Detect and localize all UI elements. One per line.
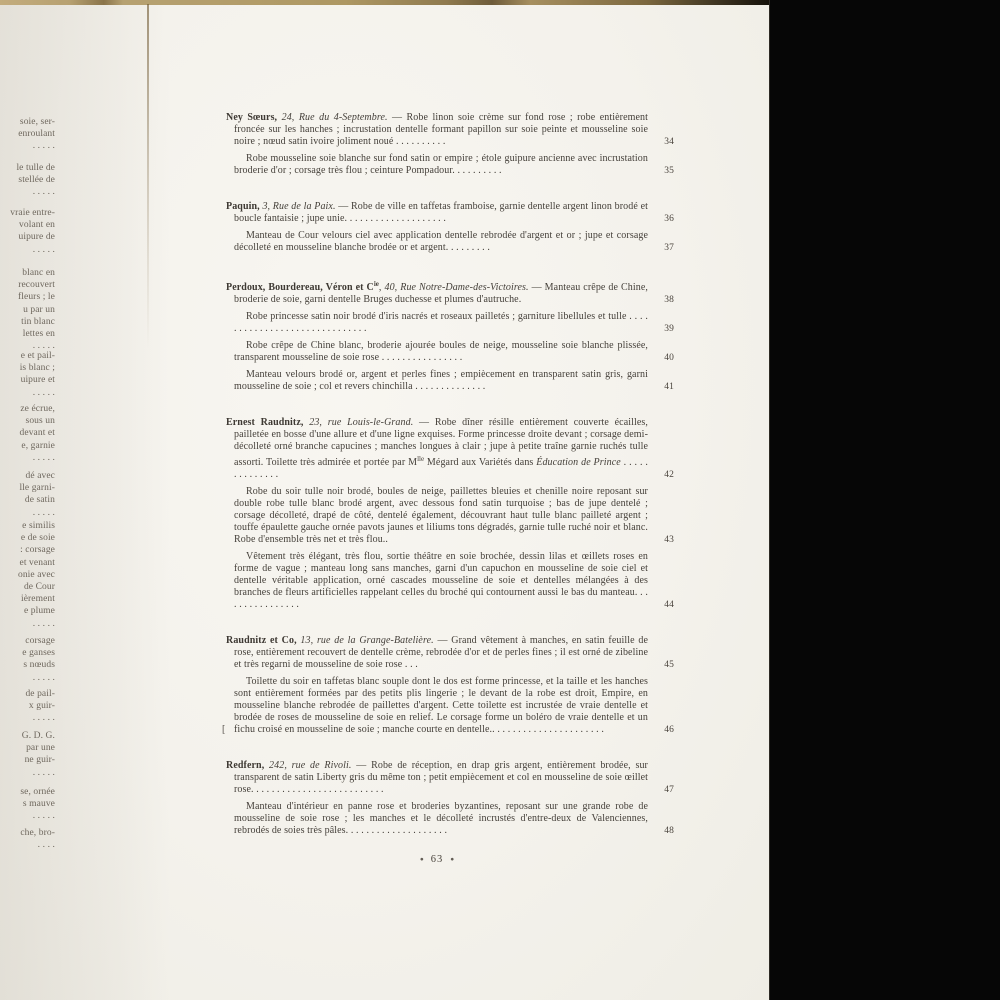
margin-fragment-line: blanc en	[0, 267, 55, 279]
entry-page-number: 46	[664, 724, 674, 736]
text-segment: 40, Rue Notre-Dame-des-Victoires.	[384, 282, 528, 293]
entry-page-number: 36	[664, 213, 674, 225]
scanner-background	[769, 0, 1000, 1000]
margin-fragment-line: dé avec	[0, 470, 55, 482]
entry-paragraph: Toilette du soir en taffetas blanc soupl…	[234, 676, 648, 736]
margin-fragment-group: blanc enrecouvertfleurs ; leu par untin …	[0, 267, 84, 352]
margin-fragment-line: ne guir-	[0, 754, 55, 766]
text-segment: Raudnitz et Co,	[226, 635, 300, 646]
catalog-entry: Redfern, 242, rue de Rivoli. — Robe de r…	[226, 760, 648, 837]
catalog-entries: Ney Sœurs, 24, Rue du 4-Septembre. — Rob…	[226, 112, 648, 837]
margin-fragment-line: e, garnie	[0, 440, 55, 452]
margin-leader-line: . . . . .32	[0, 810, 55, 822]
leader-dots: . . . . .	[33, 187, 55, 197]
margin-fragment-line: e plume	[0, 605, 55, 617]
entry-page-number: 48	[664, 825, 674, 837]
entry-lead-paragraph: Perdoux, Bourdereau, Véron et Cie, 40, R…	[234, 278, 648, 306]
margin-fragment-line: : corsage	[0, 544, 55, 556]
text-segment: Robe princesse satin noir brodé d'iris n…	[234, 311, 648, 334]
entry-page-number: 37	[664, 242, 674, 254]
book-top-edge	[0, 0, 769, 5]
margin-fragment-line: corsage	[0, 635, 55, 647]
text-segment: Redfern,	[226, 760, 269, 771]
margin-fragment-group: e similise de soie: corsageet venantonie…	[0, 520, 84, 630]
margin-leader-line: . . . . .23	[0, 244, 55, 256]
margin-fragment-group: de pail-x guir-. . . . .30	[0, 688, 84, 725]
scanned-page: soie, ser-enroulant. . . . .21le tulle d…	[0, 0, 769, 1000]
margin-fragment-line: le tulle de	[0, 162, 55, 174]
entry-lead-paragraph: Ernest Raudnitz, 23, rue Louis-le-Grand.…	[234, 417, 648, 481]
margin-fragment-line: e et pail-	[0, 350, 55, 362]
margin-leader-line: . . . .33	[0, 839, 55, 851]
margin-fragment-line: et venant	[0, 557, 55, 569]
catalog-entry: Ernest Raudnitz, 23, rue Louis-le-Grand.…	[226, 417, 648, 611]
margin-fragment-group: e et pail-is blanc ;uipure et. . . . .25	[0, 350, 84, 399]
page-footer: ●63●	[226, 854, 648, 865]
margin-fragment-line: che, bro-	[0, 827, 55, 839]
margin-fragment-line: stellée de	[0, 174, 55, 186]
margin-fragment-line: enroulant	[0, 128, 55, 140]
margin-fragment-group: dé aveclle garni-de satin. . . . .27	[0, 470, 84, 519]
margin-fragment-line: lle garni-	[0, 482, 55, 494]
margin-leader-line: . . . . .28	[0, 618, 55, 630]
footer-ornament-icon: ●	[450, 856, 454, 863]
margin-fragment-line: ze écrue,	[0, 403, 55, 415]
margin-fragment-line: vraie entre-	[0, 207, 55, 219]
margin-leader-line: . . . . .25	[0, 387, 55, 399]
leader-dots: . . . . .	[33, 619, 55, 629]
margin-fragment-group: se, ornées mauve. . . . .32	[0, 786, 84, 823]
margin-fragment-group: soie, ser-enroulant. . . . .21	[0, 116, 84, 153]
text-segment: Robe mousseline soie blanche sur fond sa…	[234, 153, 648, 176]
text-segment: Robe crêpe de Chine blanc, broderie ajou…	[234, 340, 648, 363]
text-segment: Perdoux, Bourdereau, Véron et C	[226, 282, 374, 293]
margin-leader-line: . . . . .22	[0, 186, 55, 198]
facing-page-margin: soie, ser-enroulant. . . . .21le tulle d…	[0, 0, 84, 1000]
entry-paragraph: Vêtement très élégant, très flou, sortie…	[234, 551, 648, 611]
margin-leader-line: . . . . .29	[0, 672, 55, 684]
margin-leader-line: . . . . .30	[0, 712, 55, 724]
leader-dots: . . . . .	[33, 713, 55, 723]
entry-paragraph: Robe crêpe de Chine blanc, broderie ajou…	[234, 340, 648, 364]
folio-page-number: 63	[431, 854, 444, 865]
margin-fragment-group: corsagee gansess nœuds. . . . .29	[0, 635, 84, 684]
margin-leader-line: . . . . .27	[0, 507, 55, 519]
margin-fragment-line: soie, ser-	[0, 116, 55, 128]
entry-page-number: 34	[664, 136, 674, 148]
entry-page-number: 42	[664, 469, 674, 481]
margin-fragment-line: de Cour	[0, 581, 55, 593]
entry-paragraph: Robe princesse satin noir brodé d'iris n…	[234, 311, 648, 335]
text-segment: Toilette du soir en taffetas blanc soupl…	[234, 676, 648, 735]
margin-fragment-group: che, bro-. . . .33	[0, 827, 84, 851]
text-segment: 242, rue de Rivoli.	[269, 760, 351, 771]
gutter-crease	[147, 4, 149, 349]
margin-fragment-line: e ganses	[0, 647, 55, 659]
entry-page-number: 43	[664, 534, 674, 546]
entry-page-number: 41	[664, 381, 674, 393]
text-segment: Éducation de Prince	[536, 457, 621, 468]
entry-lead-paragraph: Redfern, 242, rue de Rivoli. — Robe de r…	[234, 760, 648, 796]
text-segment: 24, Rue du 4-Septembre.	[282, 112, 388, 123]
margin-leader-line: . . . . .21	[0, 140, 55, 152]
margin-fragment-line: x guir-	[0, 700, 55, 712]
margin-fragment-line: de pail-	[0, 688, 55, 700]
catalog-entry: Raudnitz et Co, 13, rue de la Grange-Bat…	[226, 635, 648, 736]
margin-fragment-line: lettes en	[0, 328, 55, 340]
entry-lead-paragraph: Ney Sœurs, 24, Rue du 4-Septembre. — Rob…	[234, 112, 648, 148]
margin-fragment-line: recouvert	[0, 279, 55, 291]
entry-paragraph: Manteau velours brodé or, argent et perl…	[234, 369, 648, 393]
entry-page-number: 45	[664, 659, 674, 671]
text-segment: Manteau de Cour velours ciel avec applic…	[234, 230, 648, 253]
margin-fragment-line: uipure et	[0, 374, 55, 386]
entry-lead-paragraph: Raudnitz et Co, 13, rue de la Grange-Bat…	[234, 635, 648, 671]
entry-page-number: 38	[664, 294, 674, 306]
text-segment: Manteau d'intérieur en panne rose et bro…	[234, 801, 648, 836]
leader-dots: . . . . .	[33, 141, 55, 151]
margin-fragment-line: is blanc ;	[0, 362, 55, 374]
catalog-entry: Perdoux, Bourdereau, Véron et Cie, 40, R…	[226, 278, 648, 393]
margin-fragment-line: se, ornée	[0, 786, 55, 798]
margin-fragment-group: le tulle destellée de. . . . .22	[0, 162, 84, 199]
margin-fragment-line: s nœuds	[0, 659, 55, 671]
margin-fragment-line: de satin	[0, 494, 55, 506]
text-segment: Mégard aux Variétés dans	[424, 457, 536, 468]
entry-page-number: 35	[664, 165, 674, 177]
margin-fragment-group: vraie entre-volant enuipure de. . . . .2…	[0, 207, 84, 256]
text-segment: 3, Rue de la Paix.	[262, 201, 335, 212]
text-segment: Ney Sœurs,	[226, 112, 282, 123]
text-segment: Ernest Raudnitz,	[226, 417, 309, 428]
catalog-entry: Paquin, 3, Rue de la Paix. — Robe de vil…	[226, 201, 648, 254]
catalog-entry: Ney Sœurs, 24, Rue du 4-Septembre. — Rob…	[226, 112, 648, 177]
text-segment: Manteau velours brodé or, argent et perl…	[234, 369, 648, 392]
leader-dots: . . . . .	[33, 811, 55, 821]
text-segment: Robe du soir tulle noir brodé, boules de…	[234, 486, 648, 545]
entry-page-number: 47	[664, 784, 674, 796]
margin-fragment-line: devant et	[0, 427, 55, 439]
leader-dots: . . . . .	[33, 508, 55, 518]
margin-fragment-line: tin blanc	[0, 316, 55, 328]
margin-leader-line: . . . . .26	[0, 452, 55, 464]
leader-dots: . . . . .	[33, 453, 55, 463]
leader-dots: . . . . .	[33, 673, 55, 683]
entry-paragraph: Robe mousseline soie blanche sur fond sa…	[234, 153, 648, 177]
margin-fragment-line: onie avec	[0, 569, 55, 581]
entry-page-number: 39	[664, 323, 674, 335]
margin-leader-line: . . . . .31	[0, 767, 55, 779]
margin-fragment-group: G. D. G.par unene guir-. . . . .31	[0, 730, 84, 779]
footer-ornament-icon: ●	[420, 856, 424, 863]
margin-fragment-line: ièrement	[0, 593, 55, 605]
margin-fragment-line: s mauve	[0, 798, 55, 810]
margin-fragment-line: sous un	[0, 415, 55, 427]
margin-fragment-line: u par un	[0, 304, 55, 316]
margin-fragment-line: e de soie	[0, 532, 55, 544]
margin-fragment-line: fleurs ; le	[0, 291, 55, 303]
leader-dots: . . . . .	[33, 245, 55, 255]
margin-fragment-line: par une	[0, 742, 55, 754]
margin-fragment-line: uipure de	[0, 231, 55, 243]
margin-fragment-line: G. D. G.	[0, 730, 55, 742]
stray-bracket-mark: [	[222, 724, 225, 736]
entry-lead-paragraph: Paquin, 3, Rue de la Paix. — Robe de vil…	[234, 201, 648, 225]
entry-page-number: 44	[664, 599, 674, 611]
text-segment: Paquin,	[226, 201, 262, 212]
entry-page-number: 40	[664, 352, 674, 364]
margin-fragment-group: ze écrue,sous undevant ete, garnie. . . …	[0, 403, 84, 464]
margin-fragment-line: volant en	[0, 219, 55, 231]
entry-paragraph: Manteau de Cour velours ciel avec applic…	[234, 230, 648, 254]
entry-paragraph: Robe du soir tulle noir brodé, boules de…	[234, 486, 648, 546]
text-segment: Vêtement très élégant, très flou, sortie…	[234, 551, 648, 610]
text-segment: 23, rue Louis-le-Grand.	[309, 417, 413, 428]
entry-paragraph: Manteau d'intérieur en panne rose et bro…	[234, 801, 648, 837]
leader-dots: . . . .	[38, 840, 55, 850]
margin-fragment-line: e similis	[0, 520, 55, 532]
leader-dots: . . . . .	[33, 388, 55, 398]
leader-dots: . . . . .	[33, 768, 55, 778]
text-segment: 13, rue de la Grange-Batelière.	[300, 635, 433, 646]
